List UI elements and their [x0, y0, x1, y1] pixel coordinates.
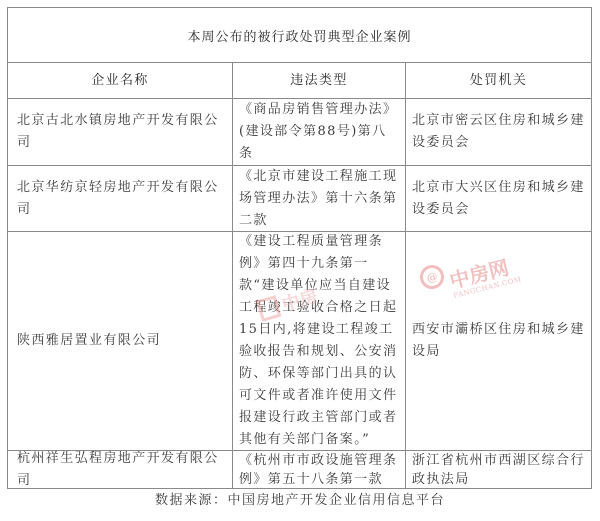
- table-row: 北京华纺京轻房地产开发有限公司 《北京市建设工程施工现场管理办法》第十六条第二款…: [8, 166, 591, 232]
- company-cell: 北京华纺京轻房地产开发有限公司: [8, 166, 233, 231]
- table-row: 杭州祥生弘程房地产开发有限公司 《杭州市市政设施管理条例》第五十八条第一款 浙江…: [8, 451, 591, 488]
- authority-cell: 北京市密云区住房和城乡建设委员会: [406, 99, 591, 165]
- authority-cell: 西安市灞桥区住房和城乡建设局: [406, 232, 591, 450]
- company-cell: 北京古北水镇房地产开发有限公司: [8, 99, 233, 165]
- header-company: 企业名称: [8, 63, 233, 98]
- table-row: 陕西雅居置业有限公司 《建设工程质量管理条例》第四十九条第一款“建设单位应当自建…: [8, 232, 591, 451]
- table-title: 本周公布的被行政处罚典型企业案例: [8, 8, 591, 63]
- violation-cell: 《杭州市市政设施管理条例》第五十八条第一款: [233, 451, 406, 488]
- company-cell: 杭州祥生弘程房地产开发有限公司: [8, 451, 233, 488]
- table-row: 北京古北水镇房地产开发有限公司 《商品房销售管理办法》(建设部令第88号)第八条…: [8, 99, 591, 166]
- authority-cell: 浙江省杭州市西湖区综合行政执法局: [406, 451, 591, 488]
- penalty-cases-table: 本周公布的被行政处罚典型企业案例 企业名称 违法类型 处罚机关 北京古北水镇房地…: [7, 7, 592, 489]
- violation-cell: 《商品房销售管理办法》(建设部令第88号)第八条: [233, 99, 406, 165]
- company-cell: 陕西雅居置业有限公司: [8, 232, 233, 450]
- data-source-caption: 数据来源：中国房地产开发企业信用信息平台: [0, 490, 600, 512]
- header-authority: 处罚机关: [406, 63, 591, 98]
- violation-cell: 《建设工程质量管理条例》第四十九条第一款“建设单位应当自建设工程竣工验收合格之日…: [233, 232, 406, 450]
- authority-cell: 北京市大兴区住房和城乡建设委员会: [406, 166, 591, 231]
- header-violation: 违法类型: [233, 63, 406, 98]
- table-header-row: 企业名称 违法类型 处罚机关: [8, 63, 591, 99]
- violation-cell: 《北京市建设工程施工现场管理办法》第十六条第二款: [233, 166, 406, 231]
